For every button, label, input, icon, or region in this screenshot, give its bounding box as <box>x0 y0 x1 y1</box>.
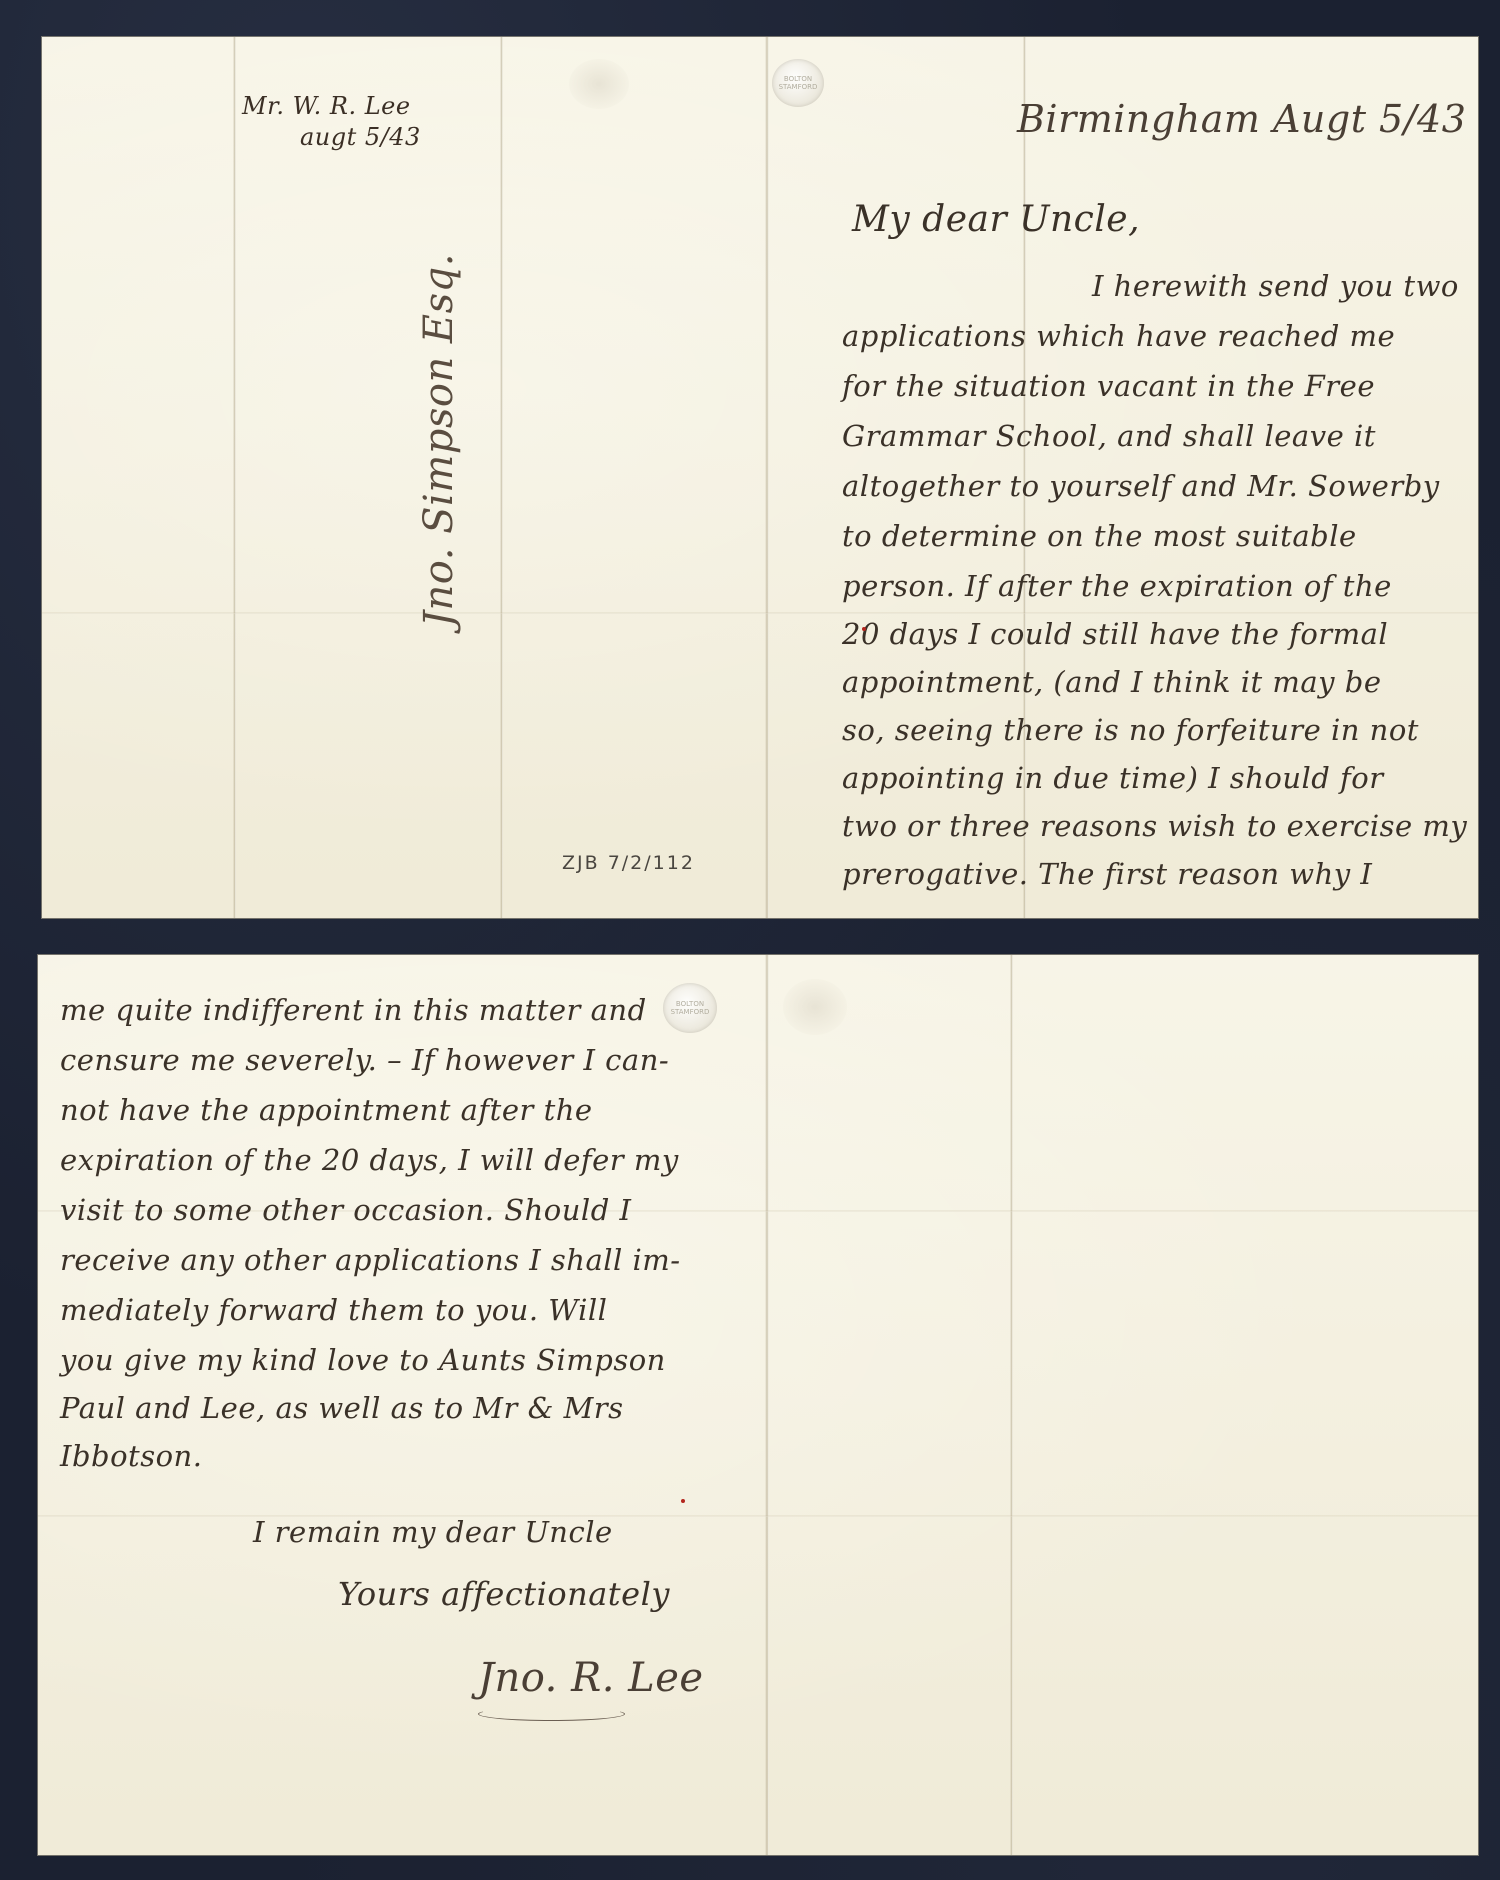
letter-line: prerogative. The first reason why I <box>842 857 1372 891</box>
fold-line <box>500 37 503 918</box>
place-date: Birmingham Augt 5/43 <box>1017 97 1466 141</box>
letter-line: Ibbotson. <box>60 1439 202 1473</box>
top-sheet: Mr. W. R. Lee augt 5/43 Jno. Simpson Esq… <box>42 37 1478 918</box>
fold-line <box>765 955 769 1855</box>
letter-line: applications which have reached me <box>842 319 1395 353</box>
letter-line: mediately forward them to you. Will <box>60 1293 607 1327</box>
fold-line <box>765 37 769 918</box>
fold-line <box>1010 955 1013 1855</box>
seal-text: BOLTON STAMFORD <box>772 75 824 91</box>
fold-line <box>233 37 236 918</box>
letter-line: appointing in due time) I should for <box>842 761 1384 795</box>
letter-line: person. If after the expiration of the <box>842 569 1392 603</box>
closing-line: I remain my dear Uncle <box>253 1515 613 1549</box>
signature-flourish <box>478 1707 625 1721</box>
letter-line: for the situation vacant in the Free <box>842 369 1375 403</box>
letter-line: altogether to yourself and Mr. Sowerby <box>842 469 1440 503</box>
bottom-sheet: BOLTON STAMFORD me quite indifferent in … <box>38 955 1478 1855</box>
docket-date: augt 5/43 <box>300 123 421 151</box>
signature: Jno. R. Lee <box>478 1655 704 1701</box>
letter-line: me quite indifferent in this matter and <box>60 993 647 1027</box>
seal-impression <box>569 59 629 109</box>
address-recipient: Jno. Simpson Esq. <box>416 253 462 627</box>
salutation: My dear Uncle, <box>852 199 1140 240</box>
docket-name: Mr. W. R. Lee <box>242 92 411 120</box>
letter-line: so, seeing there is no forfeiture in not <box>842 713 1419 747</box>
letter-line: receive any other applications I shall i… <box>60 1243 681 1277</box>
embossed-seal: BOLTON STAMFORD <box>663 983 717 1033</box>
letter-line: two or three reasons wish to exercise my <box>842 809 1467 843</box>
seal-impression <box>783 979 847 1035</box>
letter-line: Grammar School, and shall leave it <box>842 419 1376 453</box>
seal-text: BOLTON STAMFORD <box>663 1000 717 1016</box>
letter-line: not have the appointment after the <box>60 1093 593 1127</box>
red-ink-spot <box>681 1499 685 1503</box>
red-ink-spot <box>862 627 866 631</box>
embossed-seal: BOLTON STAMFORD <box>772 59 824 107</box>
fold-line <box>42 612 1478 614</box>
closing-valediction: Yours affectionately <box>338 1575 670 1613</box>
letter-line: Paul and Lee, as well as to Mr & Mrs <box>60 1391 624 1425</box>
letter-line: visit to some other occasion. Should I <box>60 1193 631 1227</box>
letter-line: 20 days I could still have the formal <box>842 617 1388 651</box>
letter-line: to determine on the most suitable <box>842 519 1357 553</box>
letter-line: censure me severely. – If however I can- <box>60 1043 669 1077</box>
archive-reference: ZJB 7/2/112 <box>562 852 695 874</box>
letter-line: I herewith send you two <box>1092 269 1459 303</box>
letter-line: expiration of the 20 days, I will defer … <box>60 1143 679 1177</box>
letter-line: appointment, (and I think it may be <box>842 665 1382 699</box>
letter-line: you give my kind love to Aunts Simpson <box>60 1343 666 1377</box>
